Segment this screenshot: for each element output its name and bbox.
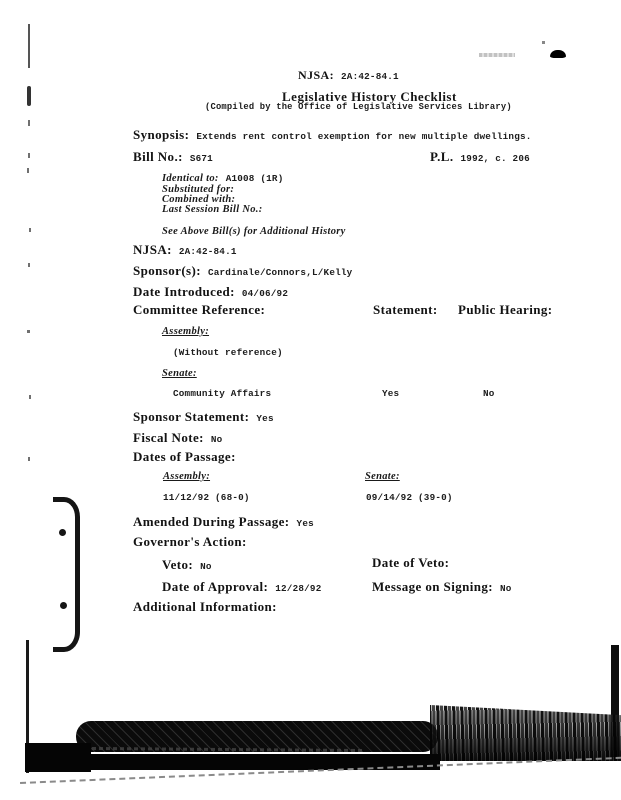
sponsors-line: Sponsor(s):Cardinale/Connors,L/Kelly: [133, 262, 352, 280]
identical-to-value: A1008 (1R): [226, 173, 284, 184]
committee-reference-label: Committee Reference:: [133, 303, 265, 317]
see-above-note: See Above Bill(s) for Additional History: [162, 226, 346, 237]
fiscal-note-label: Fiscal Note:: [133, 430, 204, 445]
dates-of-passage-label: Dates of Passage:: [133, 450, 236, 464]
amended-line: Amended During Passage:Yes: [133, 513, 314, 531]
sponsors-label: Sponsor(s):: [133, 263, 201, 278]
scan-speck: [28, 120, 30, 126]
scan-artifact-bottom-left-block: [25, 743, 91, 772]
statement-column-label: Statement:: [373, 303, 438, 317]
passage-assembly-date: 11/12/92 (68-0): [163, 493, 250, 503]
sponsor-statement-line: Sponsor Statement:Yes: [133, 408, 274, 426]
bill-no-line: Bill No.:S671: [133, 148, 213, 166]
header-njsa-line: NJSA:2A:42-84.1: [298, 66, 399, 84]
date-of-approval-label: Date of Approval:: [162, 579, 268, 594]
committee-senate-statement: Yes: [382, 389, 399, 399]
public-law-value: 1992, c. 206: [461, 153, 530, 164]
date-introduced-line: Date Introduced:04/06/92: [133, 283, 288, 301]
passage-assembly-heading: Assembly:: [163, 471, 210, 483]
scan-speck: [27, 330, 30, 333]
committee-senate-value: Community Affairs: [173, 389, 271, 399]
scan-artifact-punch-hole: [60, 602, 67, 609]
last-session-label: Last Session Bill No.:: [162, 204, 263, 215]
bill-no-label: Bill No.:: [133, 149, 183, 164]
njsa-value: 2A:42-84.1: [179, 246, 237, 257]
njsa-line: NJSA:2A:42-84.1: [133, 241, 237, 259]
date-of-veto-label: Date of Veto:: [372, 556, 449, 570]
additional-information-label: Additional Information:: [133, 600, 277, 614]
committee-assembly-value: (Without reference): [173, 348, 283, 358]
scan-speck: [28, 457, 30, 461]
scan-artifact-top-right-blob: [550, 50, 566, 58]
amended-value: Yes: [297, 518, 314, 529]
scan-artifact-binder-curve: [53, 497, 80, 652]
veto-label: Veto:: [162, 557, 193, 572]
scan-speck: [27, 168, 29, 173]
scan-speck: [542, 41, 545, 44]
passage-senate-date: 09/14/92 (39-0): [366, 493, 453, 503]
page-subtitle: (Compiled by the Office of Legislative S…: [205, 103, 512, 113]
scan-speck: [29, 395, 31, 399]
scan-artifact-gray-streak: [479, 53, 515, 57]
see-above-line: See Above Bill(s) for Additional History: [162, 221, 346, 239]
scanned-legislative-checklist-page: NJSA:2A:42-84.1 Legislative History Chec…: [0, 0, 621, 800]
header-njsa-label: NJSA:: [298, 68, 334, 82]
amended-label: Amended During Passage:: [133, 514, 290, 529]
sponsor-statement-value: Yes: [256, 413, 273, 424]
scan-artifact-top-left-line: [28, 24, 30, 68]
fiscal-note-value: No: [211, 434, 223, 445]
governors-action-label: Governor's Action:: [133, 535, 247, 549]
fiscal-note-line: Fiscal Note:No: [133, 429, 222, 447]
message-on-signing-value: No: [500, 583, 512, 594]
public-law-line: P.L.1992, c. 206: [430, 148, 530, 166]
public-law-label: P.L.: [430, 149, 454, 164]
passage-senate-heading: Senate:: [365, 471, 400, 483]
sponsor-statement-label: Sponsor Statement:: [133, 409, 249, 424]
message-on-signing-line: Message on Signing:No: [372, 578, 512, 596]
committee-senate-public-hearing: No: [483, 389, 495, 399]
scan-artifact-noise-band: [430, 705, 621, 761]
synopsis-value: Extends rent control exemption for new m…: [196, 131, 531, 142]
synopsis-label: Synopsis:: [133, 127, 189, 142]
scan-speck: [29, 228, 31, 232]
scan-speck: [28, 263, 30, 267]
message-on-signing-label: Message on Signing:: [372, 579, 493, 594]
scan-speck: [28, 153, 30, 158]
veto-value: No: [200, 561, 212, 572]
scan-artifact-punch-hole: [59, 529, 66, 536]
sponsors-value: Cardinale/Connors,L/Kelly: [208, 267, 352, 278]
scan-artifact-left-blob: [27, 86, 31, 106]
date-of-approval-line: Date of Approval:12/28/92: [162, 578, 321, 596]
date-introduced-label: Date Introduced:: [133, 284, 235, 299]
date-of-approval-value: 12/28/92: [275, 583, 321, 594]
public-hearing-column-label: Public Hearing:: [458, 303, 552, 317]
veto-line: Veto:No: [162, 556, 212, 574]
njsa-label: NJSA:: [133, 242, 172, 257]
last-session-line: Last Session Bill No.:: [162, 199, 263, 217]
synopsis-line: Synopsis:Extends rent control exemption …: [133, 126, 532, 144]
committee-assembly-heading: Assembly:: [162, 326, 209, 338]
committee-senate-heading: Senate:: [162, 368, 197, 380]
date-introduced-value: 04/06/92: [242, 288, 288, 299]
bill-no-value: S671: [190, 153, 213, 164]
header-njsa-value: 2A:42-84.1: [341, 71, 399, 82]
